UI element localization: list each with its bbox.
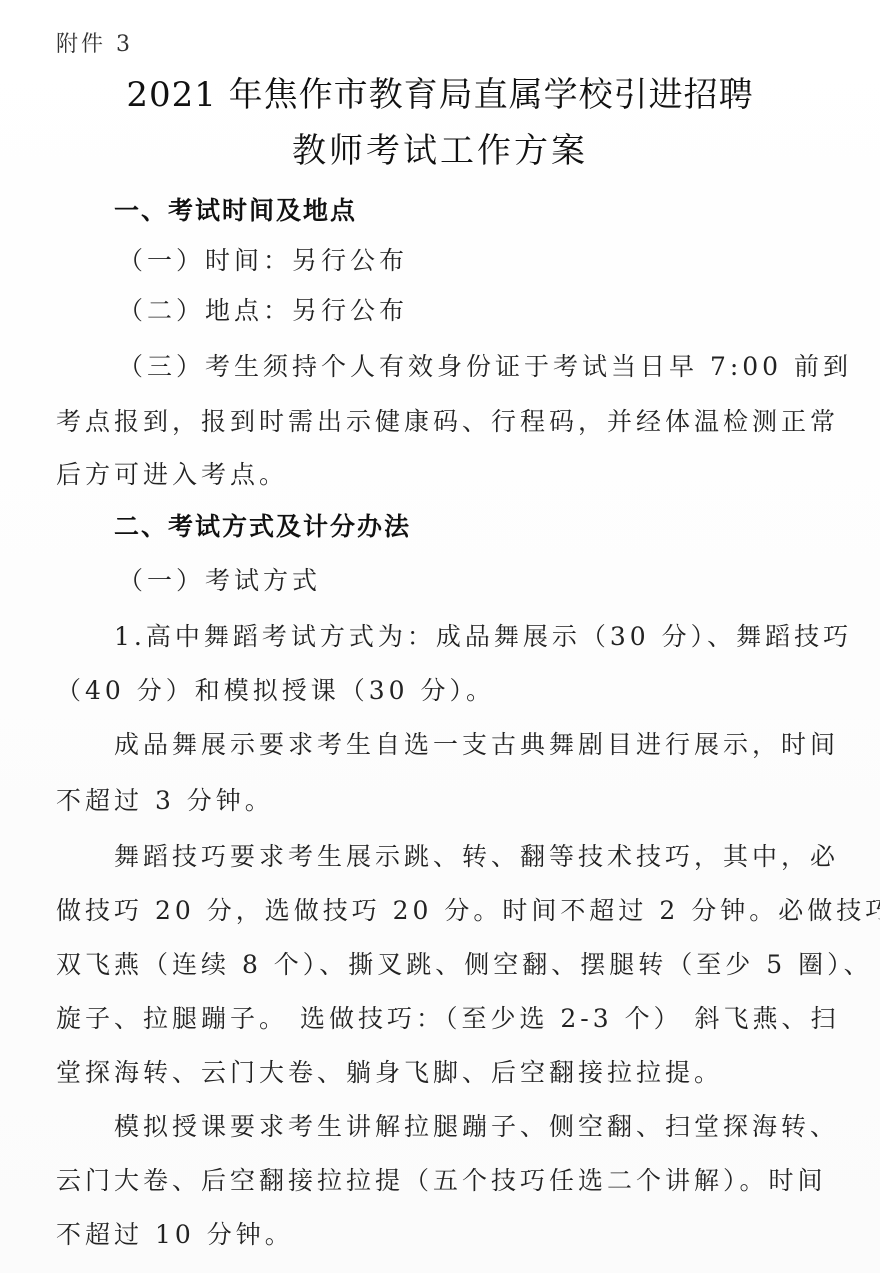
section-2-subheading: （一）考试方式	[118, 566, 321, 596]
attachment-label: 附件 3	[56, 30, 133, 60]
section-heading-1: 一、考试时间及地点	[114, 196, 357, 226]
document-title-line-1: 2021 年焦作市教育局直属学校引进招聘	[0, 74, 880, 116]
paragraph-dance-skills-line-2: 做技巧 20 分，选做技巧 20 分。时间不超过 2 分钟。必做技巧：	[56, 896, 880, 926]
paragraph-mock-teaching-line-1: 模拟授课要求考生讲解拉腿蹦子、侧空翻、扫堂探海转、	[114, 1112, 839, 1142]
document-page: 附件 3 2021 年焦作市教育局直属学校引进招聘 教师考试工作方案 一、考试时…	[0, 0, 880, 1273]
section-1-paragraph-3-line-2: 考点报到，报到时需出示健康码、行程码，并经体温检测正常	[56, 407, 839, 437]
paragraph-dance-skills-line-5: 堂探海转、云门大卷、躺身飞脚、后空翻接拉拉提。	[56, 1058, 723, 1088]
section-1-paragraph-3-line-3: 后方可进入考点。	[56, 460, 288, 490]
paragraph-exam-format-line-2: （40 分）和模拟授课（30 分）。	[56, 676, 495, 706]
paragraph-dance-skills-line-4: 旋子、拉腿蹦子。 选做技巧：（至少选 2-3 个） 斜飞燕、扫	[56, 1004, 840, 1034]
paragraph-dance-showcase-line-2: 不超过 3 分钟。	[56, 786, 274, 816]
section-1-item-time: （一）时间：另行公布	[118, 246, 408, 276]
section-heading-2: 二、考试方式及计分办法	[114, 512, 411, 542]
paragraph-dance-skills-line-1: 舞蹈技巧要求考生展示跳、转、翻等技术技巧，其中，必	[114, 842, 839, 872]
paragraph-exam-format-line-1: 1.高中舞蹈考试方式为：成品舞展示（30 分）、舞蹈技巧	[114, 622, 852, 652]
section-1-paragraph-3-line-1: （三）考生须持个人有效身份证于考试当日早 7:00 前到	[118, 352, 852, 382]
document-title-line-2: 教师考试工作方案	[0, 130, 880, 172]
section-1-item-location: （二）地点：另行公布	[118, 296, 408, 326]
paragraph-dance-showcase-line-1: 成品舞展示要求考生自选一支古典舞剧目进行展示，时间	[114, 730, 839, 760]
paragraph-mock-teaching-line-3: 不超过 10 分钟。	[56, 1220, 294, 1250]
paragraph-dance-skills-line-3: 双飞燕（连续 8 个）、撕叉跳、侧空翻、摆腿转（至少 5 圈）、	[56, 950, 873, 980]
paragraph-mock-teaching-line-2: 云门大卷、后空翻接拉拉提（五个技巧任选二个讲解）。时间	[56, 1166, 827, 1196]
